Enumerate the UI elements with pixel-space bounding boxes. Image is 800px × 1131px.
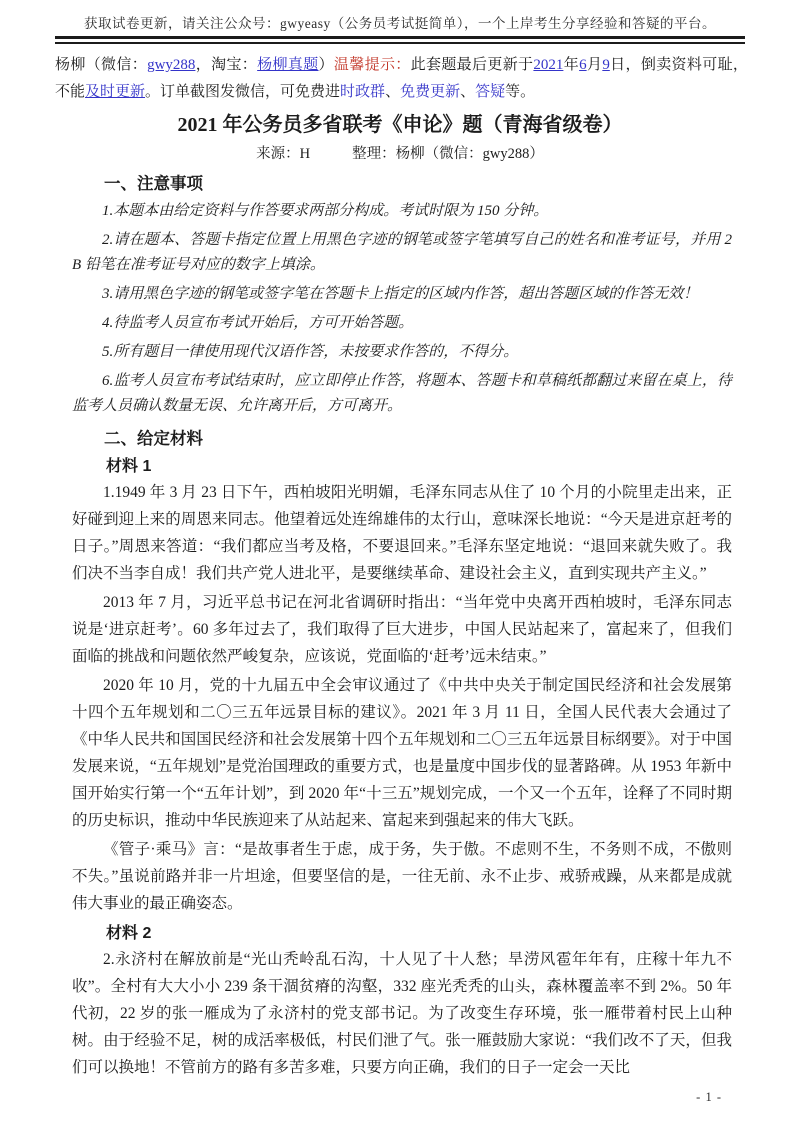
exam-body: 一、注意事项 1.本题本由给定资料与作答要求两部分构成。考试时限为 150 分钟… <box>72 174 732 1081</box>
top-promo-banner: 获取试卷更新，请关注公众号：gwyeasy（公务员考试挺简单），一个上岸考生分享… <box>55 15 745 33</box>
note-item-1: 1.本题本由给定资料与作答要求两部分构成。考试时限为 150 分钟。 <box>72 199 732 224</box>
material1-label: 材料 1 <box>106 456 732 477</box>
exam-title: 2021 年公务员多省联考《申论》题（青海省级卷） <box>40 112 760 138</box>
notes-section-heading: 一、注意事项 <box>104 174 732 195</box>
note-item-6: 6.监考人员宣布考试结束时，应立即停止作答，将题本、答题卡和草稿纸都翻过来留在桌… <box>72 369 732 419</box>
timely-update-link[interactable]: 及时更新 <box>85 84 145 100</box>
seller-notice: 杨柳（微信：gwy288，淘宝：杨柳真题）温馨提示：此套题最后更新于2021年6… <box>55 52 748 106</box>
seller-text: 此套题最后更新于 <box>411 57 534 73</box>
editor-label: 整理：杨柳（微信：gwy288） <box>352 146 544 162</box>
seller-text: 、 <box>460 84 475 100</box>
page-number: - 1 - <box>696 1090 722 1105</box>
material2-paragraph-1: 2.永济村在解放前是“光山秃岭乱石沟，十人见了十人愁；旱涝风雹年年有，庄稼十年九… <box>72 946 732 1081</box>
qa-link[interactable]: 答疑 <box>475 84 505 100</box>
seller-text: 等。 <box>505 84 535 100</box>
material1-paragraph-3: 2020 年 10 月，党的十九届五中全会审议通过了《中共中央关于制定国民经济和… <box>72 672 732 834</box>
seller-text: 、 <box>385 84 400 100</box>
note-item-5: 5.所有题目一律使用现代汉语作答，未按要求作答的，不得分。 <box>72 340 732 365</box>
material1-paragraph-2: 2013 年 7 月，习近平总书记在河北省调研时指出：“当年党中央离开西柏坡时，… <box>72 589 732 670</box>
update-year-link[interactable]: 2021 <box>533 57 563 73</box>
double-rule-divider <box>55 36 745 44</box>
taobao-shop-link[interactable]: 杨柳真题 <box>257 57 318 73</box>
seller-text: ） <box>319 57 334 73</box>
source-label: 来源：H <box>256 146 310 162</box>
material2-label: 材料 2 <box>106 923 732 944</box>
note-item-3: 3.请用黑色字迹的钢笔或签字笔在答题卡上指定的区域内作答，超出答题区域的作答无效… <box>72 282 732 307</box>
seller-text: 年 <box>563 57 579 73</box>
update-day-link[interactable]: 9 <box>602 57 610 73</box>
politics-group-link[interactable]: 时政群 <box>340 84 385 100</box>
source-line: 来源：H整理：杨柳（微信：gwy288） <box>0 145 800 164</box>
note-item-4: 4.待监考人员宣布考试开始后，方可开始答题。 <box>72 311 732 336</box>
exam-paper-page: 获取试卷更新，请关注公众号：gwyeasy（公务员考试挺简单），一个上岸考生分享… <box>0 0 800 1131</box>
seller-text: ，淘宝： <box>195 57 257 73</box>
material1-paragraph-4: 《管子·乘马》言：“是故事者生于虑，成于务，失于傲。不虑则不生，不务则不成，不傲… <box>72 836 732 917</box>
warm-tip-label: 温馨提示： <box>334 57 411 73</box>
material1-paragraph-1: 1.1949 年 3 月 23 日下午，西柏坡阳光明媚，毛泽东同志从住了 10 … <box>72 479 732 587</box>
note-item-2: 2.请在题本、答题卡指定位置上用黑色字迹的钢笔或签字笔填写自己的姓名和准考证号，… <box>72 228 732 278</box>
seller-text: 月 <box>587 57 603 73</box>
materials-section-heading: 二、给定材料 <box>104 429 732 450</box>
update-month-link[interactable]: 6 <box>579 57 587 73</box>
free-update-link[interactable]: 免费更新 <box>400 84 460 100</box>
seller-text: 。订单截图发微信，可免费进 <box>145 84 340 100</box>
wechat-id-link[interactable]: gwy288 <box>147 57 195 73</box>
seller-text: 杨柳（微信： <box>55 57 147 73</box>
